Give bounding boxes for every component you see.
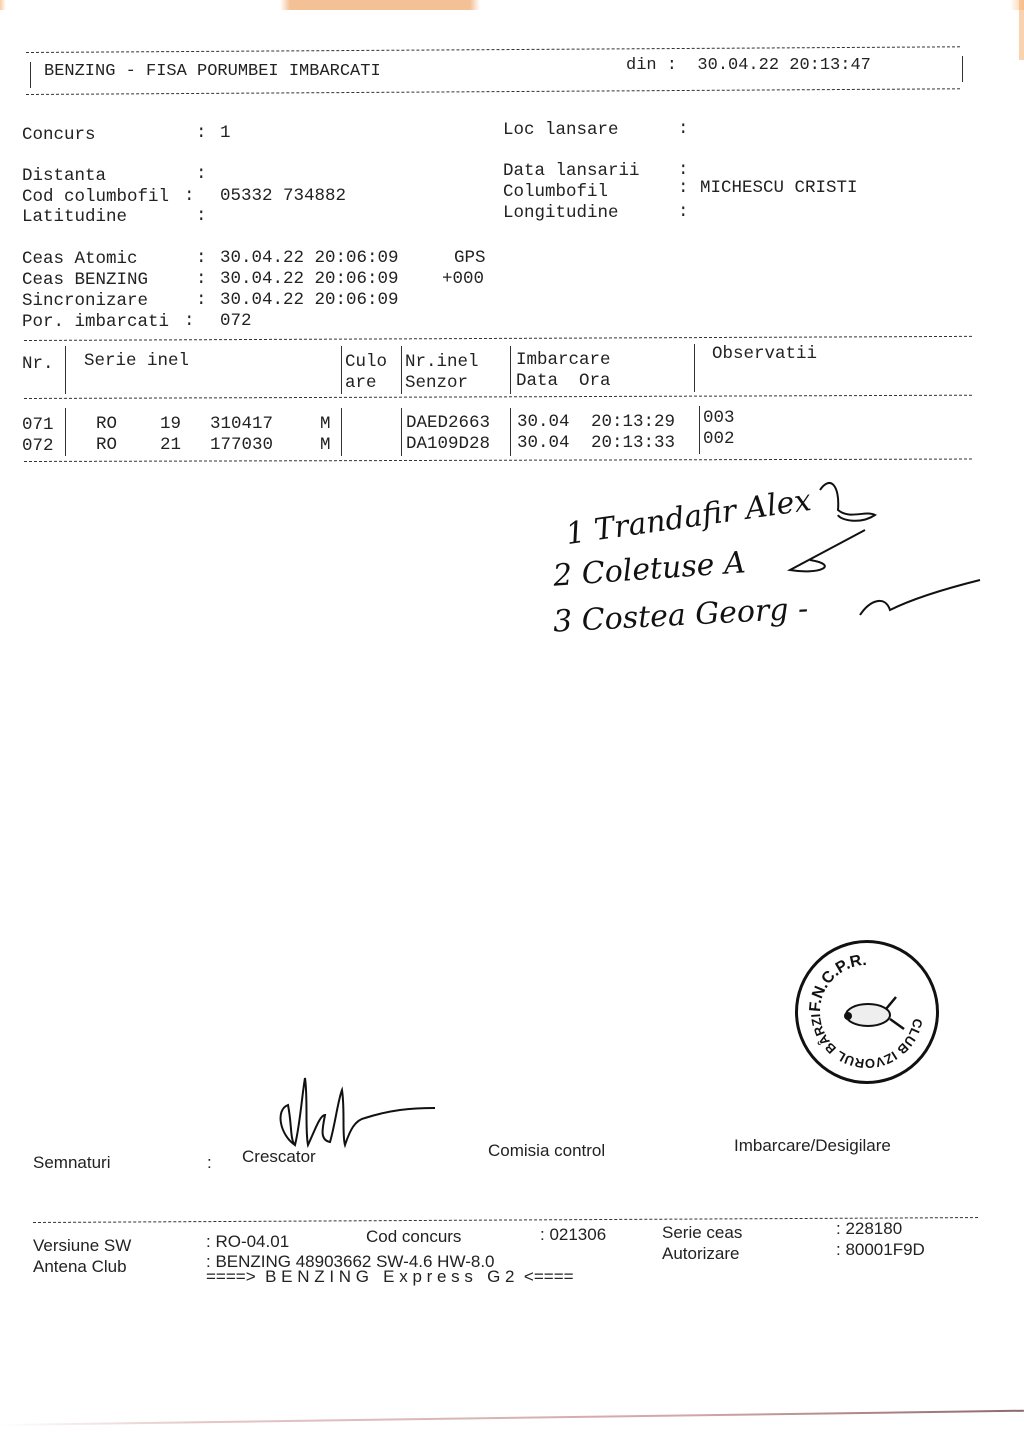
header-imbarcare-2: Data Ora [516, 371, 611, 392]
row-ora: 20:13:29 [591, 412, 675, 433]
cod-concurs-label: Cod concurs [366, 1227, 461, 1247]
row-senzor: DA109D28 [406, 434, 490, 455]
ceas-atomic-label: Ceas Atomic [22, 249, 138, 270]
row-country: RO [96, 414, 117, 435]
row-senzor: DAED2663 [406, 413, 490, 434]
document-title: BENZING - FISA PORUMBEI IMBARCATI [44, 62, 381, 81]
print-datetime: din : 30.04.22 20:13:47 [626, 56, 871, 75]
header-serie-inel: Serie inel [84, 351, 189, 372]
header-nr: Nr. [22, 354, 54, 375]
sincronizare-value: 30.04.22 20:06:09 [220, 290, 399, 311]
col-divider [341, 346, 342, 394]
longitudine-colon: : [678, 202, 689, 223]
col-divider [65, 346, 66, 394]
longitudine-label: Longitudine [503, 203, 619, 224]
row-country: RO [96, 435, 117, 456]
din-label: din : [626, 56, 677, 75]
row-nr: 071 [22, 415, 54, 436]
benzing-express-banner: ====> B E N Z I N G E x p r e s s G 2 <=… [206, 1267, 574, 1287]
serie-ceas-label: Serie ceas [662, 1223, 742, 1243]
cod-columbofil-label: Cod columbofil [22, 187, 169, 208]
pigeon-icon [844, 997, 904, 1029]
sincronizare-label: Sincronizare [22, 291, 148, 312]
data-lansarii-label: Data lansarii [503, 161, 640, 182]
header-culoare-1: Culo [345, 352, 387, 373]
antena-club-label: Antena Club [33, 1257, 127, 1277]
row-ring: 310417 [210, 414, 273, 435]
cod-concurs-value: : 021306 [540, 1225, 606, 1245]
row-year: 19 [160, 414, 181, 435]
club-stamp: CLUB IZVORUL BÂRZII F.N.C.P.R. [795, 940, 939, 1084]
row-obs: 003 [703, 408, 735, 429]
ceas-atomic-value: 30.04.22 20:06:09 [220, 248, 399, 269]
distanta-label: Distanta [22, 166, 106, 187]
col-divider [65, 408, 66, 456]
columbofil-label: Columbofil [503, 182, 608, 203]
serie-ceas-value: : 228180 [836, 1219, 902, 1239]
stamp-text-top: F.N.C.P.R. [807, 952, 867, 1012]
ceas-atomic-suffix: GPS [454, 248, 486, 269]
cod-columbofil-colon: : [184, 186, 195, 207]
columbofil-value: MICHESCU CRISTI [700, 178, 858, 199]
handwritten-signature-strokes [520, 470, 1000, 670]
por-imbarcati-colon: : [184, 311, 195, 332]
row-data: 30.04 [517, 412, 570, 433]
header-nrinel-1: Nr.inel [405, 352, 479, 373]
row-ora: 20:13:33 [591, 433, 675, 454]
header-left-border [30, 62, 31, 88]
columbofil-colon: : [678, 178, 689, 199]
col-divider [341, 408, 342, 456]
semnaturi-label: Semnaturi [33, 1153, 110, 1173]
header-nrinel-2: Senzor [405, 373, 468, 394]
col-divider [699, 406, 700, 454]
distanta-colon: : [196, 164, 207, 185]
comisia-control-label: Comisia control [488, 1141, 605, 1161]
paper-top-edge [0, 0, 1024, 10]
row-data: 30.04 [517, 433, 570, 454]
din-value: 30.04.22 20:13:47 [697, 56, 870, 75]
por-imbarcati-label: Por. imbarcati [22, 312, 169, 333]
stamp-graphic: CLUB IZVORUL BÂRZII F.N.C.P.R. [798, 943, 936, 1081]
ceas-benzing-value: 30.04.22 20:06:09 [220, 269, 399, 290]
por-imbarcati-value: 072 [220, 311, 252, 332]
ceas-benzing-label: Ceas BENZING [22, 270, 148, 291]
col-divider [401, 408, 402, 456]
latitudine-label: Latitudine [22, 207, 127, 228]
header-culoare-2: are [345, 373, 377, 394]
ceas-benzing-suffix: +000 [442, 269, 484, 290]
row-ring: 177030 [210, 435, 273, 456]
cod-columbofil-value: 05332 734882 [220, 186, 346, 207]
header-observatii: Observatii [712, 344, 817, 365]
col-divider [510, 408, 511, 456]
autorizare-value: : 80001F9D [836, 1240, 925, 1260]
row-nr: 072 [22, 436, 54, 457]
row-year: 21 [160, 435, 181, 456]
ceas-atomic-colon: : [196, 248, 207, 269]
col-divider [510, 346, 511, 394]
versiune-sw-label: Versiune SW [33, 1236, 131, 1256]
table-top-border [24, 336, 972, 341]
header-right-border [962, 56, 963, 82]
loc-lansare-colon: : [678, 119, 689, 140]
ceas-benzing-colon: : [196, 269, 207, 290]
loc-lansare-label: Loc lansare [503, 120, 619, 141]
paper-bottom-edge [0, 1410, 1024, 1426]
crescator-signature [260, 1070, 450, 1160]
header-top-border [26, 46, 960, 53]
sincronizare-colon: : [196, 290, 207, 311]
table-bottom-border [24, 459, 972, 462]
row-obs: 002 [703, 429, 735, 450]
header-imbarcare-1: Imbarcare [516, 350, 611, 371]
semnaturi-colon: : [207, 1153, 212, 1173]
col-divider [694, 344, 695, 392]
svg-text:F.N.C.P.R.: F.N.C.P.R. [807, 952, 867, 1012]
latitudine-colon: : [196, 206, 207, 227]
col-divider [401, 346, 402, 394]
paper-right-edge [1019, 0, 1024, 60]
header-bottom-border [26, 88, 960, 95]
table-header-divider [24, 395, 972, 399]
autorizare-label: Autorizare [662, 1244, 739, 1264]
concurs-label: Concurs [22, 125, 96, 146]
row-sex: M [320, 435, 331, 456]
concurs-colon: : [196, 123, 207, 144]
row-sex: M [320, 414, 331, 435]
concurs-value: 1 [220, 123, 231, 144]
imbarcare-desigilare-label: Imbarcare/Desigilare [734, 1136, 891, 1156]
versiune-sw-value: : RO-04.01 [206, 1232, 289, 1252]
